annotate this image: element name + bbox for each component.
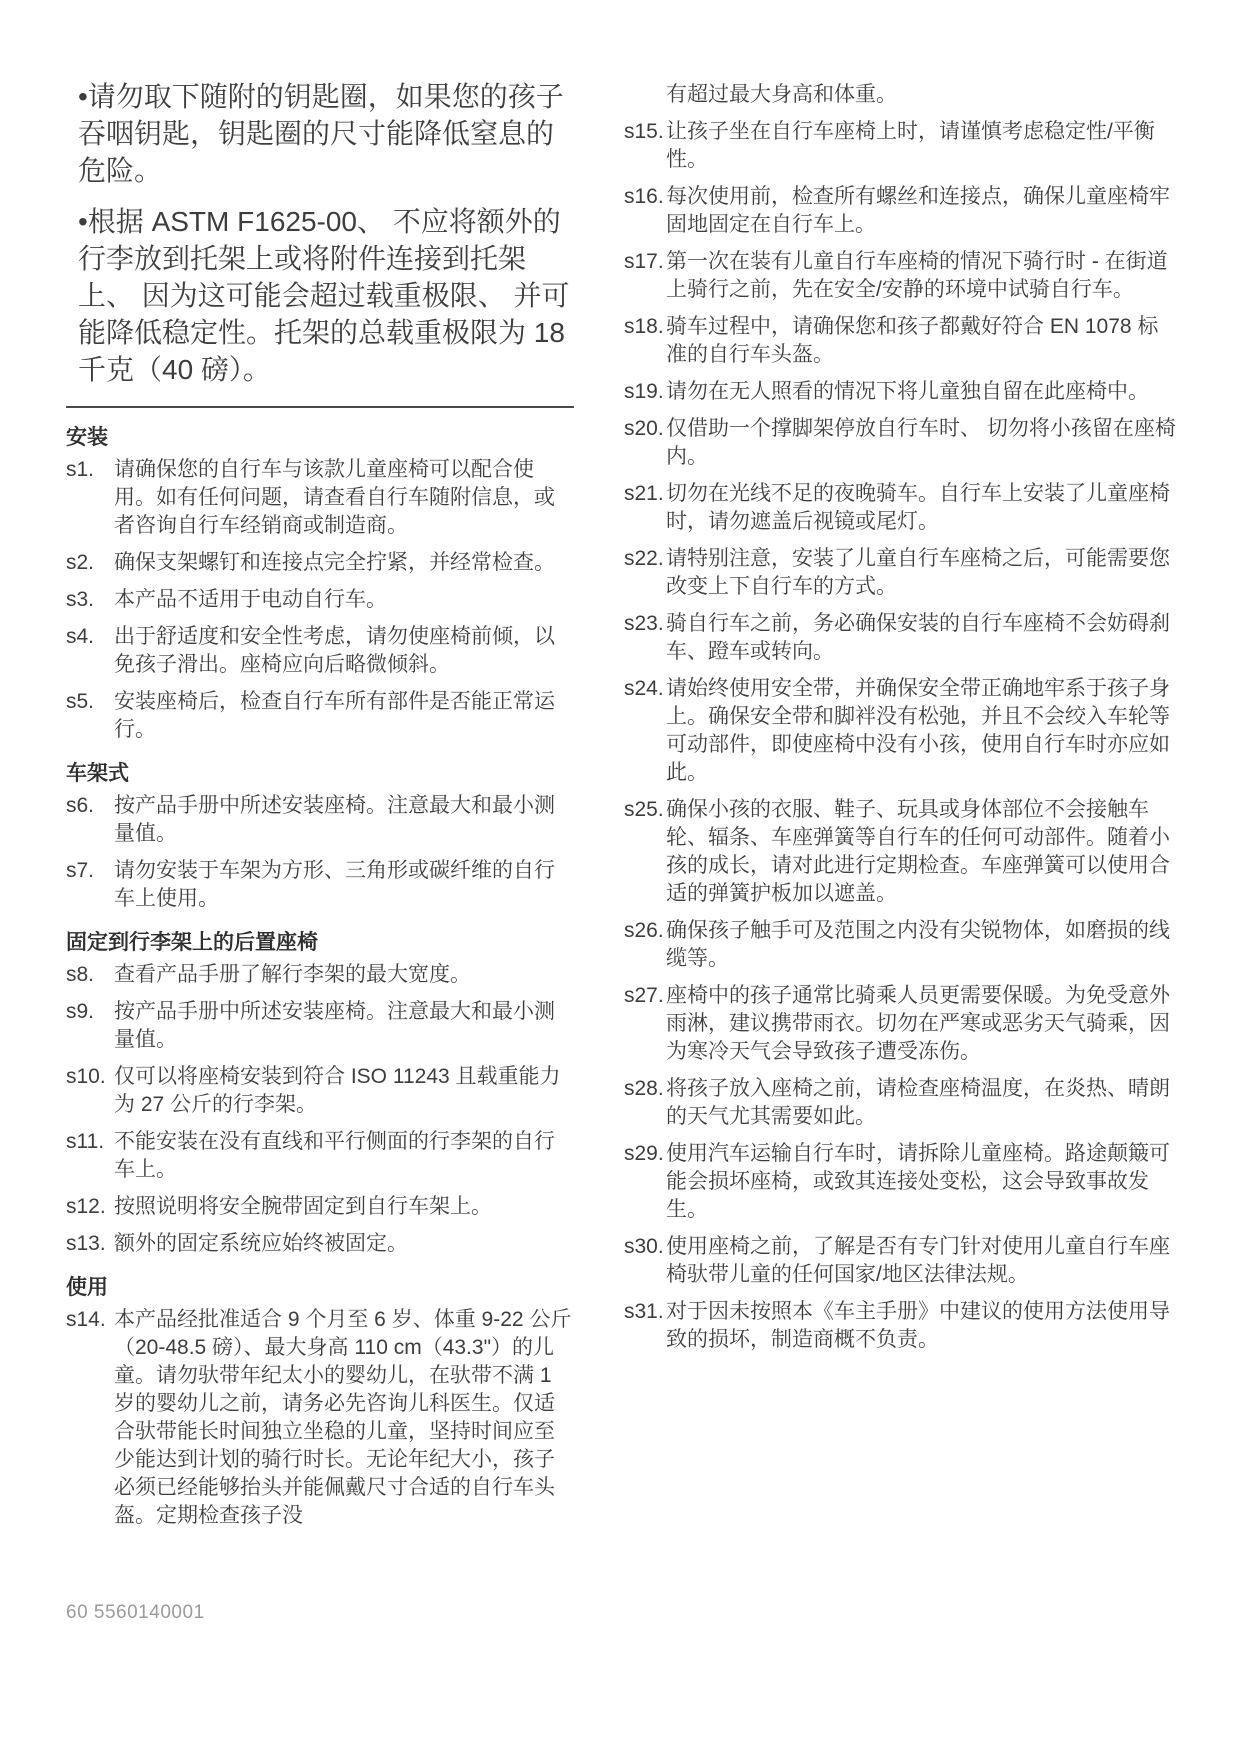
item-number: s28. [624, 1075, 666, 1131]
item-number: s21. [624, 480, 666, 536]
item-number: s1. [66, 456, 114, 540]
paragraph-continuation: 有超过最大身高和体重。 [624, 81, 1176, 109]
list-item-s15: s15. 让孩子坐在自行车座椅上时，请谨慎考虑稳定性/平衡性。 [624, 118, 1176, 174]
item-text: 对于因未按照本《车主手册》中建议的使用方法使用导致的损坏，制造商概不负责。 [666, 1298, 1176, 1354]
list-item-s30: s30. 使用座椅之前，了解是否有专门针对使用儿童自行车座椅驮带儿童的任何国家/… [624, 1233, 1176, 1289]
item-number: s11. [66, 1128, 114, 1184]
list-item-s19: s19. 请勿在无人照看的情况下将儿童独自留在此座椅中。 [624, 378, 1176, 406]
item-text: 请特别注意，安装了儿童自行车座椅之后，可能需要您改变上下自行车的方式。 [666, 545, 1176, 601]
item-number: s9. [66, 998, 114, 1054]
list-item-s4: s4. 出于舒适度和安全性考虑，请勿使座椅前倾，以免孩子滑出。座椅应向后略微倾斜… [66, 623, 574, 679]
list-item-s20: s20. 仅借助一个撑脚架停放自行车时、 切勿将小孩留在座椅内。 [624, 415, 1176, 471]
item-number: s15. [624, 118, 666, 174]
item-text: 请确保您的自行车与该款儿童座椅可以配合使用。如有任何问题，请查看自行车随附信息，… [114, 456, 574, 540]
item-text: 第一次在装有儿童自行车座椅的情况下骑行时 - 在街道上骑行之前，先在安全/安静的… [666, 248, 1176, 304]
item-number: s3. [66, 586, 114, 614]
list-item-s1: s1. 请确保您的自行车与该款儿童座椅可以配合使用。如有任何问题，请查看自行车随… [66, 456, 574, 540]
heading-rack-rear-seat: 固定到行李架上的后置座椅 [66, 929, 574, 957]
list-item-s23: s23. 骑自行车之前，务必确保安装的自行车座椅不会妨碍刹车、蹬车或转向。 [624, 610, 1176, 666]
item-text: 额外的固定系统应始终被固定。 [114, 1230, 574, 1258]
item-text: 让孩子坐在自行车座椅上时，请谨慎考虑稳定性/平衡性。 [666, 118, 1176, 174]
list-item-s9: s9. 按产品手册中所述安装座椅。注意最大和最小测量值。 [66, 998, 574, 1054]
list-item-s31: s31. 对于因未按照本《车主手册》中建议的使用方法使用导致的损坏，制造商概不负… [624, 1298, 1176, 1354]
item-number: s6. [66, 792, 114, 848]
item-text: 切勿在光线不足的夜晚骑车。自行车上安装了儿童座椅时，请勿遮盖后视镜或尾灯。 [666, 480, 1176, 536]
item-text: 查看产品手册了解行李架的最大宽度。 [114, 961, 574, 989]
list-item-s14: s14. 本产品经批准适合 9 个月至 6 岁、体重 9-22 公斤（20-48… [66, 1306, 574, 1530]
list-item-s18: s18. 骑车过程中，请确保您和孩子都戴好符合 EN 1078 标准的自行车头盔… [624, 313, 1176, 369]
item-number: s18. [624, 313, 666, 369]
item-text: 使用汽车运输自行车时，请拆除儿童座椅。路途颠簸可能会损坏座椅，或致其连接处变松，… [666, 1140, 1176, 1224]
item-number: s23. [624, 610, 666, 666]
item-text: 有超过最大身高和体重。 [666, 81, 1176, 109]
item-number: s20. [624, 415, 666, 471]
item-number: s30. [624, 1233, 666, 1289]
list-item-s21: s21. 切勿在光线不足的夜晚骑车。自行车上安装了儿童座椅时，请勿遮盖后视镜或尾… [624, 480, 1176, 536]
item-text: 请勿安装于车架为方形、三角形或碳纤维的自行车上使用。 [114, 857, 574, 913]
item-text: 确保小孩的衣服、鞋子、玩具或身体部位不会接触车轮、辐条、车座弹簧等自行车的任何可… [666, 796, 1176, 908]
section-divider [66, 406, 574, 408]
item-text: 本产品不适用于电动自行车。 [114, 586, 574, 614]
list-item-s13: s13. 额外的固定系统应始终被固定。 [66, 1230, 574, 1258]
item-number: s10. [66, 1063, 114, 1119]
item-text: 请始终使用安全带，并确保安全带正确地牢系于孩子身上。确保安全带和脚袢没有松弛，并… [666, 675, 1176, 787]
right-column: 有超过最大身高和体重。 s15. 让孩子坐在自行车座椅上时，请谨慎考虑稳定性/平… [624, 78, 1176, 1363]
item-number: s19. [624, 378, 666, 406]
item-number: s5. [66, 688, 114, 744]
left-column: •请勿取下随附的钥匙圈，如果您的孩子吞咽钥匙，钥匙圈的尺寸能降低窒息的危险。 •… [66, 78, 574, 1539]
list-item-s26: s26. 确保孩子触手可及范围之内没有尖锐物体，如磨损的线缆等。 [624, 917, 1176, 973]
two-column-layout: •请勿取下随附的钥匙圈，如果您的孩子吞咽钥匙，钥匙圈的尺寸能降低窒息的危险。 •… [66, 78, 1241, 1539]
item-number: s29. [624, 1140, 666, 1224]
heading-frame-type: 车架式 [66, 760, 574, 788]
page-footer-code: 60 5560140001 [66, 1602, 205, 1624]
item-text: 按照说明将安全腕带固定到自行车架上。 [114, 1193, 574, 1221]
item-number: s8. [66, 961, 114, 989]
item-number: s22. [624, 545, 666, 601]
item-text: 骑自行车之前，务必确保安装的自行车座椅不会妨碍刹车、蹬车或转向。 [666, 610, 1176, 666]
list-item-s5: s5. 安装座椅后，检查自行车所有部件是否能正常运行。 [66, 688, 574, 744]
item-text: 座椅中的孩子通常比骑乘人员更需要保暖。为免受意外雨淋，建议携带雨衣。切勿在严寒或… [666, 982, 1176, 1066]
manual-page: •请勿取下随附的钥匙圈，如果您的孩子吞咽钥匙，钥匙圈的尺寸能降低窒息的危险。 •… [0, 0, 1241, 1754]
list-item-s25: s25. 确保小孩的衣服、鞋子、玩具或身体部位不会接触车轮、辐条、车座弹簧等自行… [624, 796, 1176, 908]
heading-installation: 安装 [66, 424, 574, 452]
list-item-s3: s3. 本产品不适用于电动自行车。 [66, 586, 574, 614]
item-text: 确保支架螺钉和连接点完全拧紧，并经常检查。 [114, 549, 574, 577]
item-number: s2. [66, 549, 114, 577]
item-text: 仅可以将座椅安装到符合 ISO 11243 且载重能力为 27 公斤的行李架。 [114, 1063, 574, 1119]
list-item-s16: s16. 每次使用前，检查所有螺丝和连接点，确保儿童座椅牢固地固定在自行车上。 [624, 183, 1176, 239]
list-item-s22: s22. 请特别注意，安装了儿童自行车座椅之后，可能需要您改变上下自行车的方式。 [624, 545, 1176, 601]
bullet-astm-warning: •根据 ASTM F1625-00、 不应将额外的行李放到托架上或将附件连接到托… [66, 203, 574, 388]
item-number: s4. [66, 623, 114, 679]
bullet-keyring-warning: •请勿取下随附的钥匙圈，如果您的孩子吞咽钥匙，钥匙圈的尺寸能降低窒息的危险。 [66, 78, 574, 189]
list-item-s24: s24. 请始终使用安全带，并确保安全带正确地牢系于孩子身上。确保安全带和脚袢没… [624, 675, 1176, 787]
item-number: s7. [66, 857, 114, 913]
item-text: 不能安装在没有直线和平行侧面的行李架的自行车上。 [114, 1128, 574, 1184]
item-text: 请勿在无人照看的情况下将儿童独自留在此座椅中。 [666, 378, 1176, 406]
list-item-s28: s28. 将孩子放入座椅之前，请检查座椅温度，在炎热、晴朗的天气尤其需要如此。 [624, 1075, 1176, 1131]
list-item-s29: s29. 使用汽车运输自行车时，请拆除儿童座椅。路途颠簸可能会损坏座椅，或致其连… [624, 1140, 1176, 1224]
item-text: 使用座椅之前，了解是否有专门针对使用儿童自行车座椅驮带儿童的任何国家/地区法律法… [666, 1233, 1176, 1289]
item-text: 安装座椅后，检查自行车所有部件是否能正常运行。 [114, 688, 574, 744]
item-text: 确保孩子触手可及范围之内没有尖锐物体，如磨损的线缆等。 [666, 917, 1176, 973]
item-number [624, 81, 666, 109]
list-item-s6: s6. 按产品手册中所述安装座椅。注意最大和最小测量值。 [66, 792, 574, 848]
item-number: s27. [624, 982, 666, 1066]
list-item-s7: s7. 请勿安装于车架为方形、三角形或碳纤维的自行车上使用。 [66, 857, 574, 913]
item-number: s14. [66, 1306, 114, 1530]
item-number: s17. [624, 248, 666, 304]
list-item-s12: s12. 按照说明将安全腕带固定到自行车架上。 [66, 1193, 574, 1221]
item-text: 骑车过程中，请确保您和孩子都戴好符合 EN 1078 标准的自行车头盔。 [666, 313, 1176, 369]
heading-use: 使用 [66, 1274, 574, 1302]
item-text: 出于舒适度和安全性考虑，请勿使座椅前倾，以免孩子滑出。座椅应向后略微倾斜。 [114, 623, 574, 679]
item-number: s25. [624, 796, 666, 908]
list-item-s10: s10. 仅可以将座椅安装到符合 ISO 11243 且载重能力为 27 公斤的… [66, 1063, 574, 1119]
list-item-s17: s17. 第一次在装有儿童自行车座椅的情况下骑行时 - 在街道上骑行之前，先在安… [624, 248, 1176, 304]
item-text: 仅借助一个撑脚架停放自行车时、 切勿将小孩留在座椅内。 [666, 415, 1176, 471]
list-item-s2: s2. 确保支架螺钉和连接点完全拧紧，并经常检查。 [66, 549, 574, 577]
list-item-s8: s8. 查看产品手册了解行李架的最大宽度。 [66, 961, 574, 989]
item-number: s24. [624, 675, 666, 787]
item-text: 每次使用前，检查所有螺丝和连接点，确保儿童座椅牢固地固定在自行车上。 [666, 183, 1176, 239]
item-number: s26. [624, 917, 666, 973]
item-text: 按产品手册中所述安装座椅。注意最大和最小测量值。 [114, 998, 574, 1054]
item-text: 按产品手册中所述安装座椅。注意最大和最小测量值。 [114, 792, 574, 848]
list-item-s27: s27. 座椅中的孩子通常比骑乘人员更需要保暖。为免受意外雨淋，建议携带雨衣。切… [624, 982, 1176, 1066]
item-number: s16. [624, 183, 666, 239]
list-item-s11: s11. 不能安装在没有直线和平行侧面的行李架的自行车上。 [66, 1128, 574, 1184]
item-text: 将孩子放入座椅之前，请检查座椅温度，在炎热、晴朗的天气尤其需要如此。 [666, 1075, 1176, 1131]
item-number: s12. [66, 1193, 114, 1221]
item-text: 本产品经批准适合 9 个月至 6 岁、体重 9-22 公斤（20-48.5 磅）… [114, 1306, 574, 1530]
item-number: s13. [66, 1230, 114, 1258]
item-number: s31. [624, 1298, 666, 1354]
